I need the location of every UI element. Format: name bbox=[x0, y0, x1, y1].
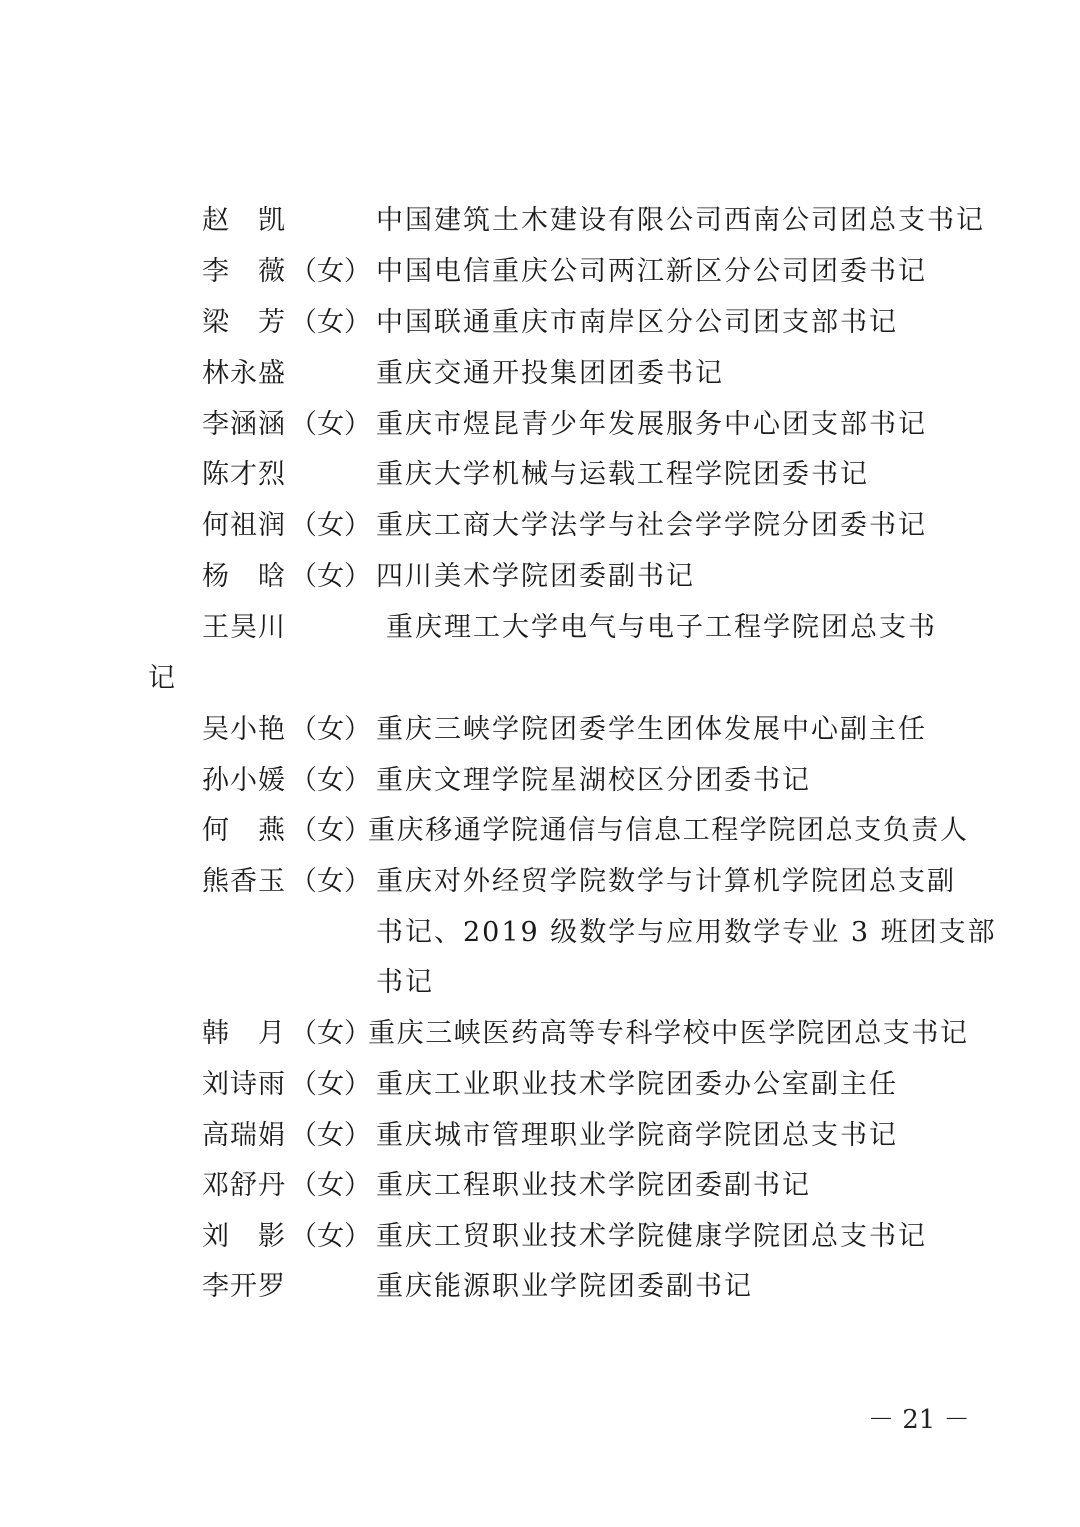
list-item: 赵 凯 中国建筑土木建设有限公司西南公司团总支书记 bbox=[0, 196, 1080, 246]
person-title: 重庆移通学院通信与信息工程学院团总支负责人 bbox=[368, 806, 969, 856]
person-name: 吴小艳 bbox=[202, 705, 286, 755]
person-title: 重庆三峡学院团委学生团体发展中心副主任 bbox=[376, 705, 927, 755]
gender-note: （女） bbox=[290, 1111, 371, 1161]
person-name: 梁 芳 bbox=[202, 298, 286, 348]
gender-note: （女） bbox=[290, 1009, 371, 1059]
person-title: 重庆文理学院星湖校区分团委书记 bbox=[376, 756, 811, 806]
person-title: 重庆三峡医药高等专科学校中医学院团总支书记 bbox=[368, 1009, 969, 1059]
list-item: 刘 影 （女） 重庆工贸职业技术学院健康学院团总支书记 bbox=[0, 1212, 1080, 1262]
gender-note: （女） bbox=[290, 806, 371, 856]
person-name: 刘 影 bbox=[202, 1212, 286, 1262]
list-item: 何 燕 （女） 重庆移通学院通信与信息工程学院团总支负责人 bbox=[0, 806, 1080, 856]
person-name: 杨 晗 bbox=[202, 552, 286, 602]
list-item: 刘诗雨 （女） 重庆工业职业技术学院团委办公室副主任 bbox=[0, 1060, 1080, 1110]
list-item: 王昊川 重庆理工大学电气与电子工程学院团总支书 bbox=[0, 603, 1080, 653]
gender-note: （女） bbox=[290, 705, 371, 755]
person-name: 李涵涵 bbox=[202, 400, 286, 450]
list-item: 林永盛 重庆交通开投集团团委书记 bbox=[0, 349, 1080, 399]
list-item: 李涵涵 （女） 重庆市煜昆青少年发展服务中心团支部书记 bbox=[0, 400, 1080, 450]
gender-note: （女） bbox=[290, 1161, 371, 1211]
gender-note: （女） bbox=[290, 756, 371, 806]
person-title: 重庆对外经贸学院数学与计算机学院团总支副 bbox=[376, 857, 956, 907]
gender-note: （女） bbox=[290, 247, 371, 297]
person-title: 重庆能源职业学院团委副书记 bbox=[376, 1262, 753, 1312]
person-title: 重庆市煜昆青少年发展服务中心团支部书记 bbox=[376, 400, 927, 450]
person-name: 李开罗 bbox=[202, 1262, 286, 1312]
gender-note: （女） bbox=[290, 1060, 371, 1110]
person-name: 何 燕 bbox=[202, 806, 286, 856]
person-name: 韩 月 bbox=[202, 1009, 286, 1059]
list-item: 韩 月 （女） 重庆三峡医药高等专科学校中医学院团总支书记 bbox=[0, 1009, 1080, 1059]
person-name: 陈才烈 bbox=[202, 450, 286, 500]
gender-note: （女） bbox=[290, 400, 371, 450]
person-name: 何祖润 bbox=[202, 501, 286, 551]
person-title: 重庆大学机械与运载工程学院团委书记 bbox=[376, 450, 869, 500]
list-item: 陈才烈 重庆大学机械与运载工程学院团委书记 bbox=[0, 450, 1080, 500]
person-title: 重庆城市管理职业学院商学院团总支书记 bbox=[376, 1111, 898, 1161]
person-title: 重庆工贸职业技术学院健康学院团总支书记 bbox=[376, 1212, 927, 1262]
list-item: 李 薇 （女） 中国电信重庆公司两江新区分公司团委书记 bbox=[0, 247, 1080, 297]
list-item: 熊香玉 （女） 重庆对外经贸学院数学与计算机学院团总支副 bbox=[0, 857, 1080, 907]
person-name: 熊香玉 bbox=[202, 857, 286, 907]
person-title: 重庆工商大学法学与社会学学院分团委书记 bbox=[376, 501, 927, 551]
person-title: 中国联通重庆市南岸区分公司团支部书记 bbox=[376, 298, 898, 348]
page-number: － 21 － bbox=[868, 1400, 970, 1440]
person-name: 高瑞娟 bbox=[202, 1111, 286, 1161]
list-item: 李开罗 重庆能源职业学院团委副书记 bbox=[0, 1262, 1080, 1312]
list-item: 孙小媛 （女） 重庆文理学院星湖校区分团委书记 bbox=[0, 756, 1080, 806]
gender-note: （女） bbox=[290, 552, 371, 602]
person-title: 重庆交通开投集团团委书记 bbox=[376, 349, 724, 399]
person-title: 重庆工程职业技术学院团委副书记 bbox=[376, 1161, 811, 1211]
gender-note: （女） bbox=[290, 857, 371, 907]
person-name: 孙小媛 bbox=[202, 756, 286, 806]
person-title: 重庆工业职业技术学院团委办公室副主任 bbox=[376, 1060, 898, 1110]
document-page: 赵 凯 中国建筑土木建设有限公司西南公司团总支书记 李 薇 （女） 中国电信重庆… bbox=[0, 0, 1080, 1527]
list-item: 邓舒丹 （女） 重庆工程职业技术学院团委副书记 bbox=[0, 1161, 1080, 1211]
person-title-continuation: 书记 bbox=[376, 958, 434, 1008]
gender-note: （女） bbox=[290, 298, 371, 348]
list-item: 何祖润 （女） 重庆工商大学法学与社会学学院分团委书记 bbox=[0, 501, 1080, 551]
person-name: 刘诗雨 bbox=[202, 1060, 286, 1110]
list-item: 杨 晗 （女） 四川美术学院团委副书记 bbox=[0, 552, 1080, 602]
person-title-continuation: 书记、2019 级数学与应用数学专业 3 班团支部 bbox=[376, 908, 997, 958]
gender-note: （女） bbox=[290, 501, 371, 551]
person-title-continuation: 记 bbox=[148, 654, 177, 704]
gender-note: （女） bbox=[290, 1212, 371, 1262]
person-title: 重庆理工大学电气与电子工程学院团总支书 bbox=[386, 603, 937, 653]
person-name: 赵 凯 bbox=[202, 196, 286, 246]
person-title: 四川美术学院团委副书记 bbox=[376, 552, 695, 602]
person-name: 林永盛 bbox=[202, 349, 286, 399]
list-item: 吴小艳 （女） 重庆三峡学院团委学生团体发展中心副主任 bbox=[0, 705, 1080, 755]
person-name: 李 薇 bbox=[202, 247, 286, 297]
person-title: 中国建筑土木建设有限公司西南公司团总支书记 bbox=[376, 196, 985, 246]
person-name: 王昊川 bbox=[202, 603, 286, 653]
list-item: 梁 芳 （女） 中国联通重庆市南岸区分公司团支部书记 bbox=[0, 298, 1080, 348]
list-item: 高瑞娟 （女） 重庆城市管理职业学院商学院团总支书记 bbox=[0, 1111, 1080, 1161]
person-title: 中国电信重庆公司两江新区分公司团委书记 bbox=[376, 247, 927, 297]
person-name: 邓舒丹 bbox=[202, 1161, 286, 1211]
